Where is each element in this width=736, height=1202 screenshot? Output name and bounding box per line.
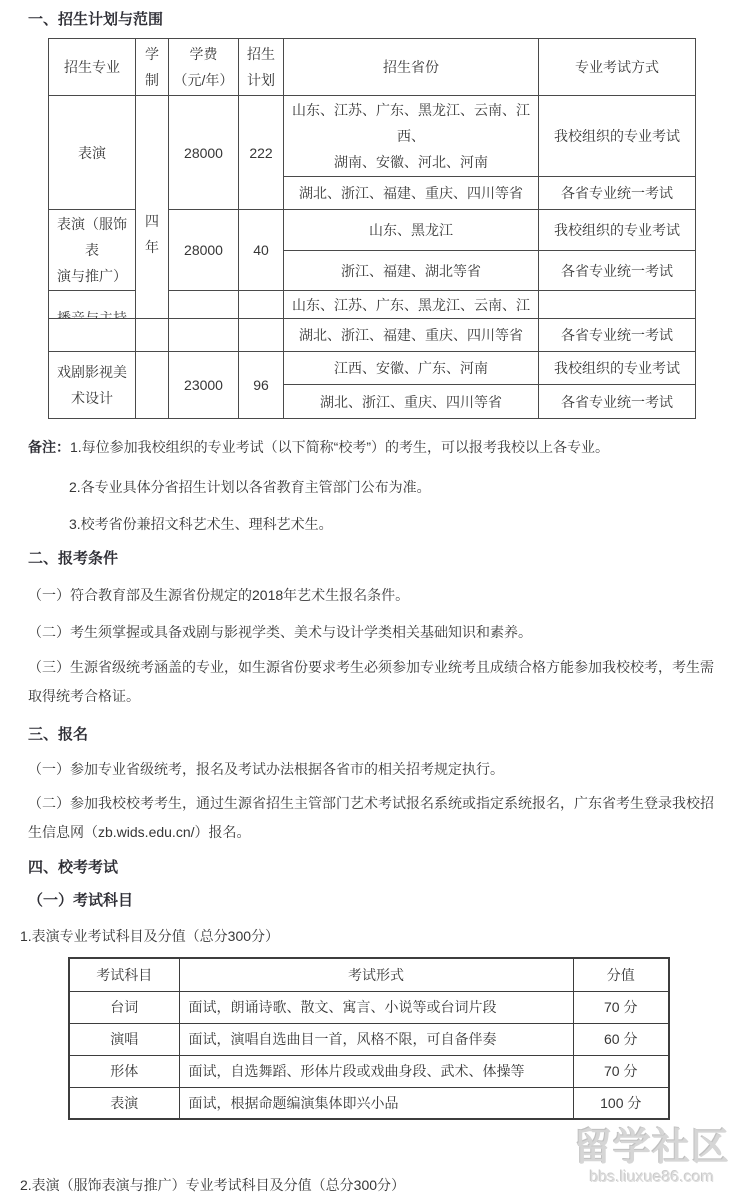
cell-score-xingti: 70 分: [573, 1055, 669, 1087]
cell-mode-fushi-xiaokao: 我校组织的专业考试: [539, 210, 696, 251]
duration-line2: 年: [139, 234, 165, 260]
cell-major-empty: [49, 319, 136, 352]
table-row: 表演 面试，根据命题编演集体即兴小品 100 分: [69, 1087, 669, 1119]
header-duration-line1: 学: [139, 41, 165, 67]
cell-subject-yanchang: 演唱: [69, 1023, 179, 1055]
major-line1: 戏剧影视美: [52, 359, 132, 385]
table-row: 演唱 面试，演唱自选曲目一首，风格不限，可自备伴奏 60 分: [69, 1023, 669, 1055]
watermark: 留学社区 bbs.liuxue86.com: [568, 1128, 736, 1187]
section3-title: 三、报名: [28, 723, 88, 744]
note-label: 备注：: [28, 439, 70, 455]
cell-duration-empty: [136, 319, 169, 352]
cell-duration-xiju: [136, 352, 169, 419]
cell-plan-fushi: 40: [239, 210, 284, 291]
section2-item1: （一）符合教育部及生源省份规定的2018年艺术生报名条件。: [28, 585, 409, 605]
cell-major-xiju: 戏剧影视美术设计: [49, 352, 136, 419]
note-1-text: 1.每位参加我校组织的专业考试（以下简称“校考”）的考生，可以报考我校以上各专业…: [70, 439, 609, 455]
cell-form-biaoyan: 面试，根据命题编演集体即兴小品: [179, 1087, 573, 1119]
cell-mode-biaoyan-tongkao: 各省专业统一考试: [539, 177, 696, 210]
header-subject: 考试科目: [69, 958, 179, 991]
table-row: 戏剧影视美术设计 23000 96 江西、安徽、广东、河南 我校组织的专业考试: [49, 352, 696, 385]
enrollment-table-part2: 湖北、浙江、福建、重庆、四川等省 各省专业统一考试 戏剧影视美术设计 23000…: [48, 318, 696, 419]
major-line1: 表演（服饰表: [52, 211, 132, 263]
cell-provinces-fushi-xiaokao: 山东、黑龙江: [284, 210, 539, 251]
cell-mode-cont-tongkao: 各省专业统一考试: [539, 319, 696, 352]
exam-item1-label: 1.表演专业考试科目及分值（总分300分）: [20, 926, 279, 946]
section2-title: 二、报考条件: [28, 547, 118, 568]
cell-tuition-xiju: 23000: [169, 352, 239, 419]
section3-item2: （二）参加我校校考考生，通过生源省招生主管部门艺术考试报名系统或指定系统报名，广…: [28, 789, 722, 847]
cell-score-taici: 70 分: [573, 991, 669, 1023]
cell-plan-empty: [239, 319, 284, 352]
cell-major-biaoyan: 表演: [49, 96, 136, 210]
cell-tuition-biaoyan: 28000: [169, 96, 239, 210]
major-line2: 演与推广）: [52, 263, 132, 289]
section4-title: 四、校考考试: [28, 856, 118, 877]
cell-subject-taici: 台词: [69, 991, 179, 1023]
header-plan-line2: 计划: [242, 67, 280, 93]
cell-provinces-cont-tongkao: 湖北、浙江、福建、重庆、四川等省: [284, 319, 539, 352]
cell-form-yanchang: 面试，演唱自选曲目一首，风格不限，可自备伴奏: [179, 1023, 573, 1055]
cell-major-fushi: 表演（服饰表演与推广）: [49, 210, 136, 291]
header-form: 考试形式: [179, 958, 573, 991]
header-plan: 招生计划: [239, 39, 284, 96]
header-duration: 学制: [136, 39, 169, 96]
cell-plan-biaoyan: 222: [239, 96, 284, 210]
section2-item3: （三）生源省级统考涵盖的专业，如生源省份要求考生必须参加专业统考且成绩合格方能参…: [28, 653, 722, 711]
note-2: 2.各专业具体分省招生计划以各省教育主管部门公布为准。: [69, 477, 431, 497]
table-row: 招生专业 学制 学费（元/年） 招生计划 招生省份 专业考试方式: [49, 39, 696, 96]
header-score: 分值: [573, 958, 669, 991]
note-3: 3.校考省份兼招文科艺术生、理科艺术生。: [69, 514, 333, 534]
cell-provinces-biaoyan-tongkao: 湖北、浙江、福建、重庆、四川等省: [284, 177, 539, 210]
header-major: 招生专业: [49, 39, 136, 96]
cell-mode-xiju-tongkao: 各省专业统一考试: [539, 385, 696, 419]
table-row: 形体 面试，自选舞蹈、形体片段或戏曲身段、武术、体操等 70 分: [69, 1055, 669, 1087]
cell-tuition-empty: [169, 319, 239, 352]
provinces-line1: 山东、江苏、广东、黑龙江、云南、江西、: [287, 97, 535, 149]
cell-score-biaoyan: 100 分: [573, 1087, 669, 1119]
cell-provinces-xiju-tongkao: 湖北、浙江、重庆、四川等省: [284, 385, 539, 419]
cell-tuition-fushi: 28000: [169, 210, 239, 291]
cell-provinces-fushi-tongkao: 浙江、福建、湖北等省: [284, 251, 539, 291]
header-plan-line1: 招生: [242, 41, 280, 67]
section1-title: 一、招生计划与范围: [28, 8, 163, 29]
header-tuition: 学费（元/年）: [169, 39, 239, 96]
section4-sub1: （一）考试科目: [28, 889, 133, 910]
table-row: 表演 四年 28000 222 山东、江苏、广东、黑龙江、云南、江西、湖南、安徽…: [49, 96, 696, 177]
major-line2: 术设计: [52, 385, 132, 411]
cell-provinces-xiju-xiaokao: 江西、安徽、广东、河南: [284, 352, 539, 385]
cell-provinces-biaoyan-xiaokao: 山东、江苏、广东、黑龙江、云南、江西、湖南、安徽、河北、河南: [284, 96, 539, 177]
watermark-site-name: 留学社区: [568, 1128, 736, 1168]
cell-score-yanchang: 60 分: [573, 1023, 669, 1055]
cell-mode-biaoyan-xiaokao: 我校组织的专业考试: [539, 96, 696, 177]
cell-mode-fushi-tongkao: 各省专业统一考试: [539, 251, 696, 291]
cell-subject-biaoyan: 表演: [69, 1087, 179, 1119]
duration-line1: 四: [139, 208, 165, 234]
cell-plan-xiju: 96: [239, 352, 284, 419]
section2-item2: （二）考生须掌握或具备戏剧与影视学类、美术与设计学类相关基础知识和素养。: [28, 622, 532, 642]
provinces-line2: 湖南、安徽、河北、河南: [287, 149, 535, 175]
cell-form-taici: 面试，朗诵诗歌、散文、寓言、小说等或台词片段: [179, 991, 573, 1023]
cell-form-xingti: 面试，自选舞蹈、形体片段或戏曲身段、武术、体操等: [179, 1055, 573, 1087]
table-row: 考试科目 考试形式 分值: [69, 958, 669, 991]
section3-item1: （一）参加专业省级统考，报名及考试办法根据各省市的相关招考规定执行。: [28, 759, 504, 779]
cell-mode-xiju-xiaokao: 我校组织的专业考试: [539, 352, 696, 385]
table-row: 台词 面试，朗诵诗歌、散文、寓言、小说等或台词片段 70 分: [69, 991, 669, 1023]
header-exam-mode: 专业考试方式: [539, 39, 696, 96]
table-row: 湖北、浙江、福建、重庆、四川等省 各省专业统一考试: [49, 319, 696, 352]
exam-subjects-table: 考试科目 考试形式 分值 台词 面试，朗诵诗歌、散文、寓言、小说等或台词片段 7…: [68, 957, 670, 1120]
watermark-site-url: bbs.liuxue86.com: [568, 1169, 736, 1187]
cell-subject-xingti: 形体: [69, 1055, 179, 1087]
header-tuition-line1: 学费: [172, 41, 235, 67]
header-tuition-line2: （元/年）: [172, 67, 235, 93]
note-1: 备注：1.每位参加我校组织的专业考试（以下简称“校考”）的考生，可以报考我校以上…: [28, 437, 609, 457]
exam-item2-label: 2.表演（服饰表演与推广）专业考试科目及分值（总分300分）: [20, 1175, 405, 1195]
document-page: 一、招生计划与范围 招生专业 学制 学费（元/年） 招生计划 招生省份 专业考试…: [0, 0, 736, 1202]
header-provinces: 招生省份: [284, 39, 539, 96]
header-duration-line2: 制: [139, 67, 165, 93]
